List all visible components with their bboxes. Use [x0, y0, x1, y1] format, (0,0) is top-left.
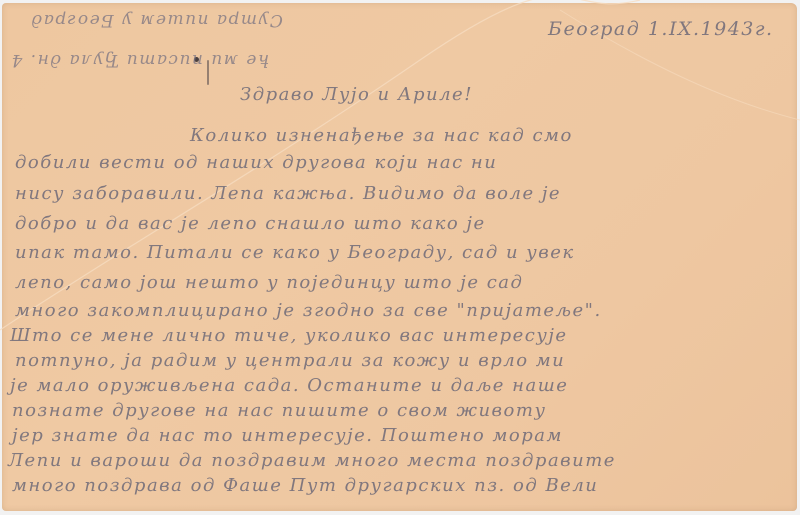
body-line: Што се мене лично тиче, уколико вас инте… [10, 325, 568, 346]
body-line: познате другове на нас пишите о свом жив… [12, 400, 546, 421]
greeting: Здраво Лујо и Ариле! [240, 84, 473, 105]
body-line: потпуно, ја радим у централи за кожу и в… [15, 350, 565, 371]
body-line: много закомплицирано је згодно за све "п… [15, 300, 602, 321]
body-line: добро и да вас је лепо снашло што како ј… [15, 213, 486, 234]
upside-down-note-line-2: ће ми писати Ђула дн. 4 [10, 50, 269, 70]
body-line: јер знате да нас то интересује. Поштено … [12, 425, 563, 446]
body-line: Колико изненађење за нас кад смо [190, 125, 573, 146]
upside-down-note-line-1: Сутра пишем у Београд [30, 10, 283, 30]
body-line: лепо, само још нешто у појединцу што је … [15, 272, 523, 293]
body-line: добили вести од наших другова који нас н… [15, 152, 497, 173]
place-date: Београд 1.IX.1943г. [548, 18, 774, 40]
body-line: је мало оруживљена сада. Останите и даље… [10, 375, 568, 396]
body-line: много поздрава од Фаше Пут другарских пз… [12, 475, 598, 496]
body-line: ипак тамо. Питали се како у Београду, са… [15, 242, 575, 263]
body-line: Лепи и вароши да поздравим много места п… [8, 450, 616, 471]
body-line: нису заборавили. Лепа кажња. Видимо да в… [15, 183, 561, 204]
